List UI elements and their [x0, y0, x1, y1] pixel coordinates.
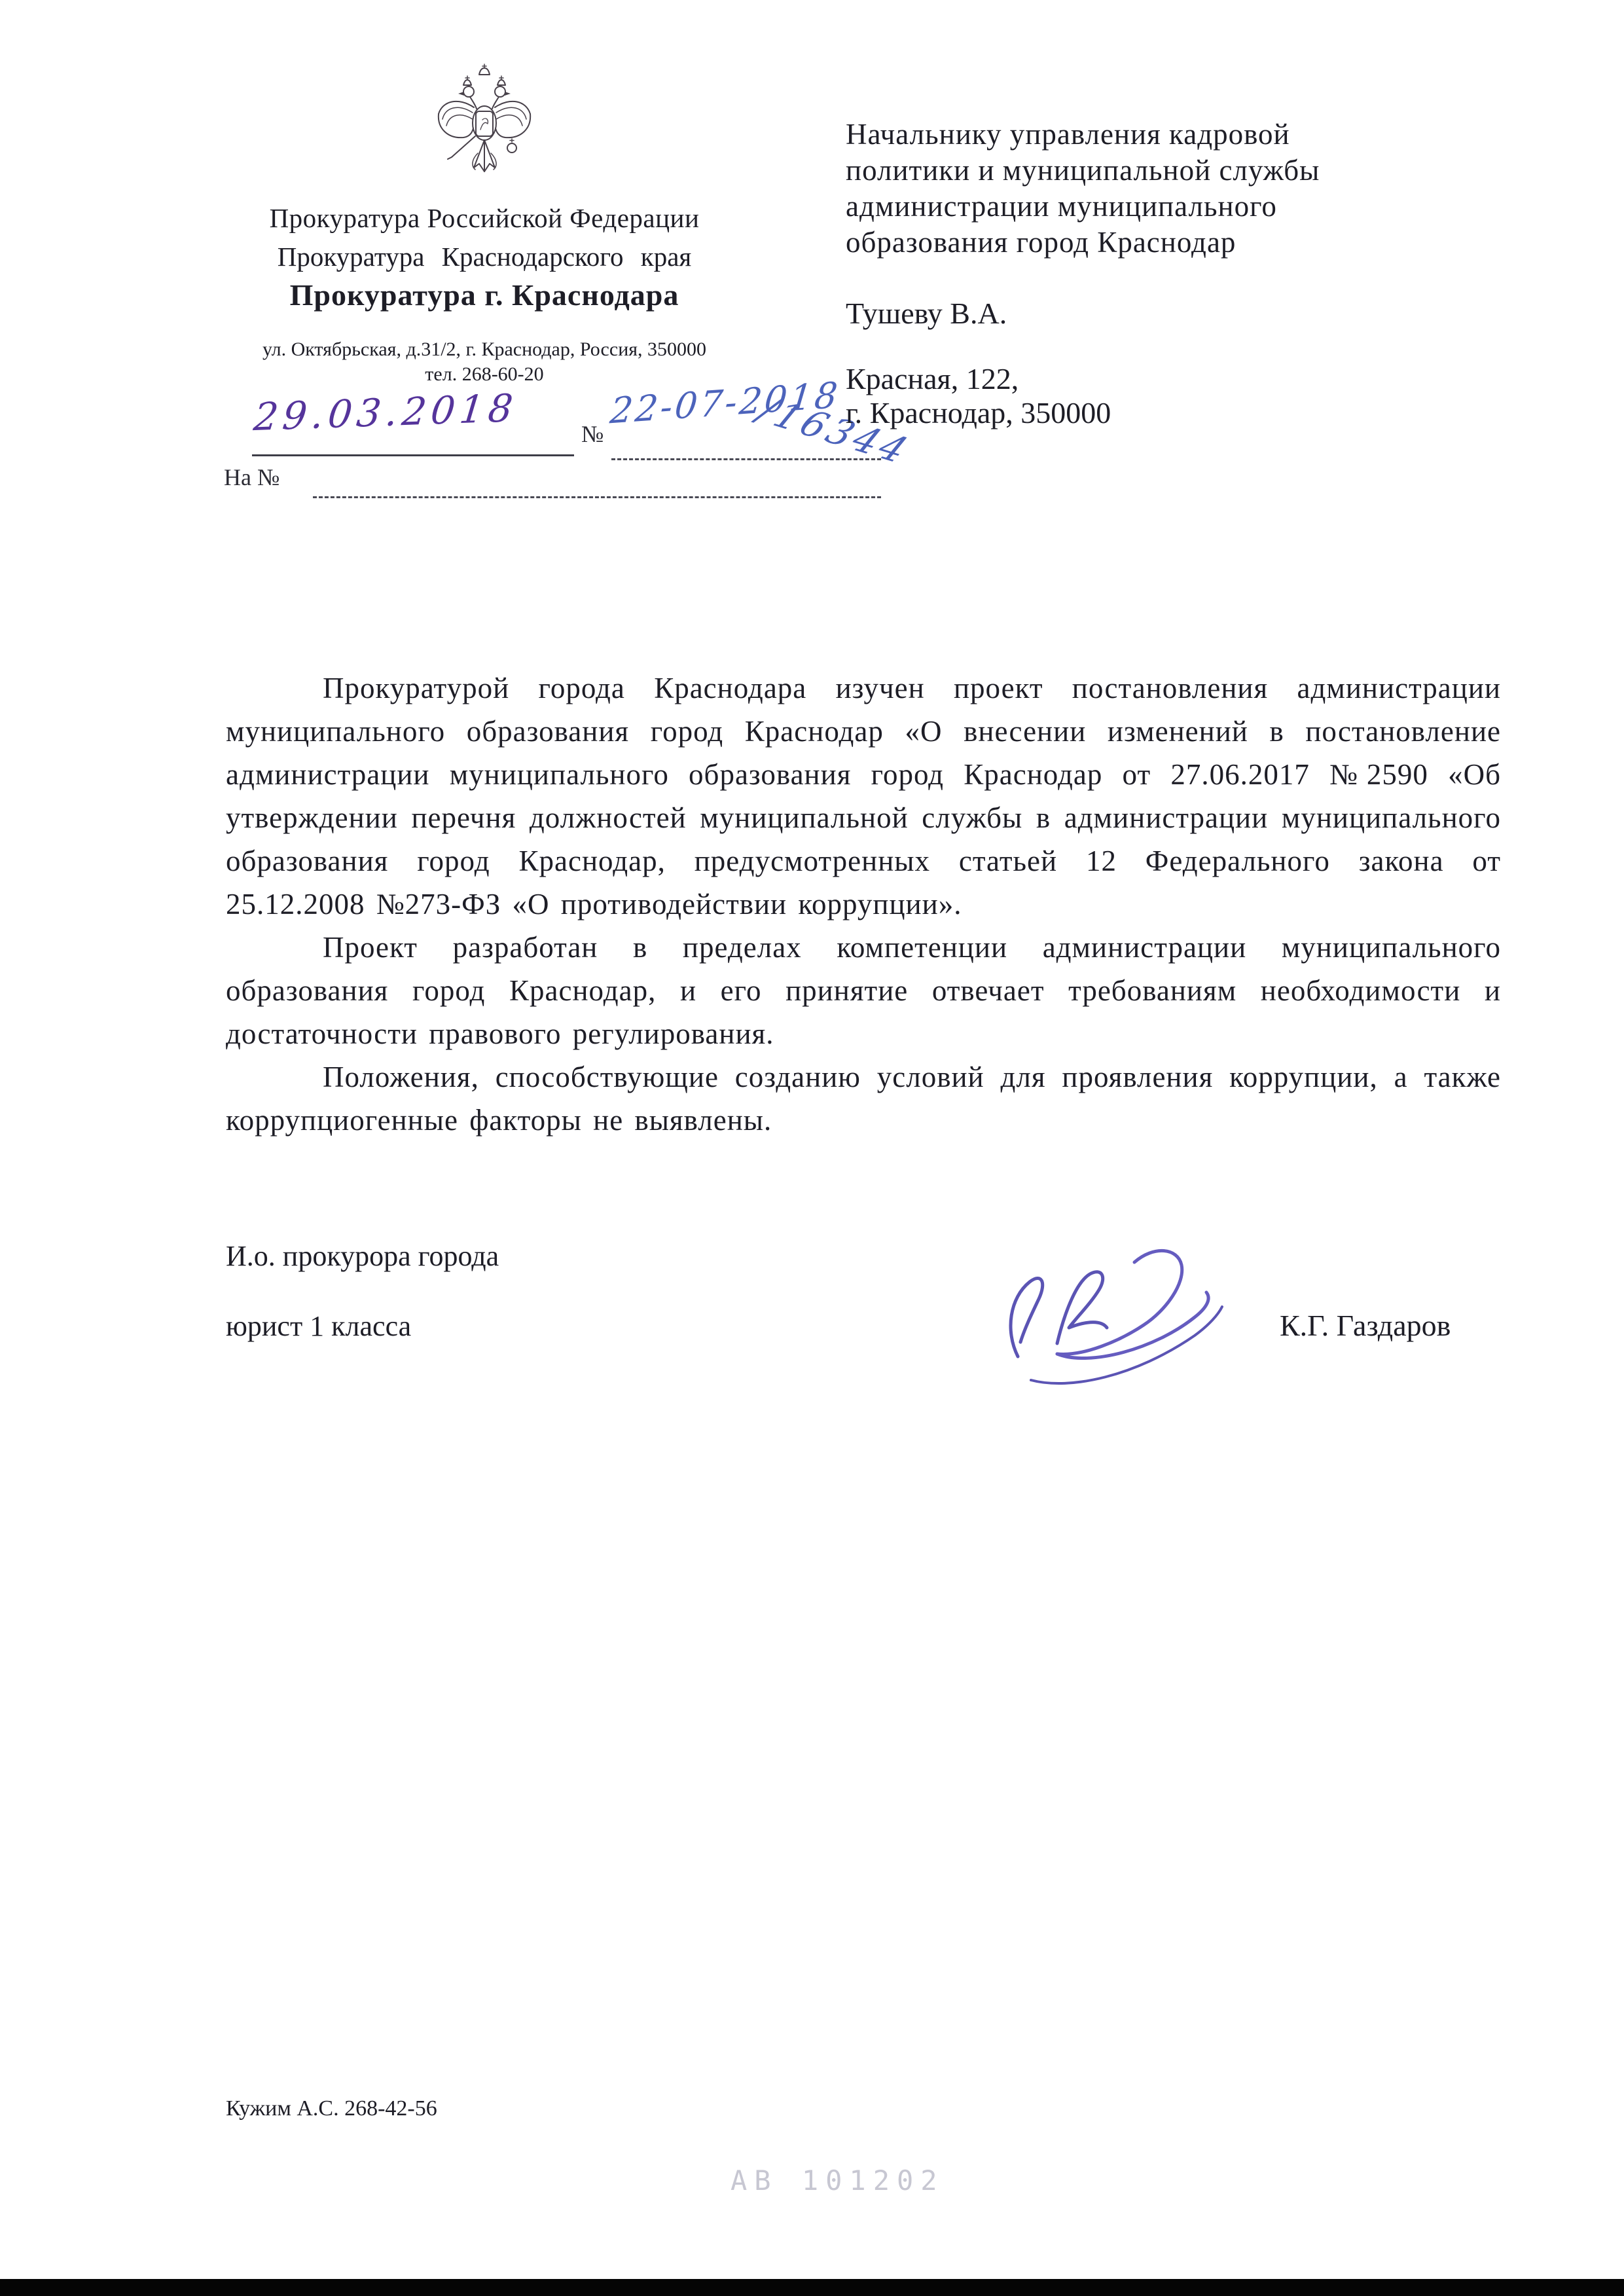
in-reply-to-underline: [313, 496, 881, 498]
date-underline: [252, 454, 574, 456]
scan-form-code: АВ 101202: [731, 2164, 945, 2196]
recipient-position-line: политики и муниципальной службы: [846, 153, 1540, 189]
recipient-position-line: администрации муниципального: [846, 189, 1540, 225]
recipient-block: Начальнику управления кадровой политики …: [846, 117, 1540, 261]
letterhead: Прокуратура Российской Федерации Прокура…: [196, 63, 772, 386]
signer-position-line2: юрист 1 класса: [226, 1309, 411, 1343]
recipient-position-line: образования город Краснодар: [846, 225, 1540, 261]
scanned-letter-page: Прокуратура Российской Федерации Прокура…: [0, 0, 1624, 2296]
signer-position-line1: И.о. прокурора города: [226, 1239, 499, 1273]
org-name-region: Прокуратура Краснодарского края: [196, 241, 772, 272]
org-phone: тел. 268-60-20: [196, 363, 772, 386]
body-paragraph-2: Проект разработан в пределах компетенции…: [226, 926, 1501, 1055]
recipient-position-line: Начальнику управления кадровой: [846, 117, 1540, 153]
signature-scribble: [979, 1219, 1254, 1396]
scan-edge-bar: [0, 2279, 1624, 2296]
number-label: №: [581, 420, 604, 448]
letter-body: Прокуратурой города Краснодара изучен пр…: [226, 666, 1501, 1142]
executor-contact: Кужим А.С. 268-42-56: [226, 2096, 437, 2121]
body-paragraph-1: Прокуратурой города Краснодара изучен пр…: [226, 666, 1501, 926]
org-name-city: Прокуратура г. Краснодара: [196, 278, 772, 312]
russian-coat-of-arms-icon: [432, 63, 537, 191]
body-paragraph-3: Положения, способствующие созданию услов…: [226, 1055, 1501, 1142]
recipient-name: Тушеву В.А.: [846, 296, 1007, 331]
org-address: ул. Октябрьская, д.31/2, г. Краснодар, Р…: [196, 338, 772, 361]
handwritten-date: 29.03.2018: [252, 386, 520, 439]
recipient-address-street: Красная, 122,: [846, 361, 1019, 396]
signer-name: К.Г. Газдаров: [1280, 1308, 1451, 1343]
recipient-address-city: г. Краснодар, 350000: [846, 395, 1111, 430]
in-reply-to-label: На №: [224, 464, 280, 491]
org-name-federation: Прокуратура Российской Федерации: [196, 202, 772, 234]
number-underline: [611, 458, 881, 460]
